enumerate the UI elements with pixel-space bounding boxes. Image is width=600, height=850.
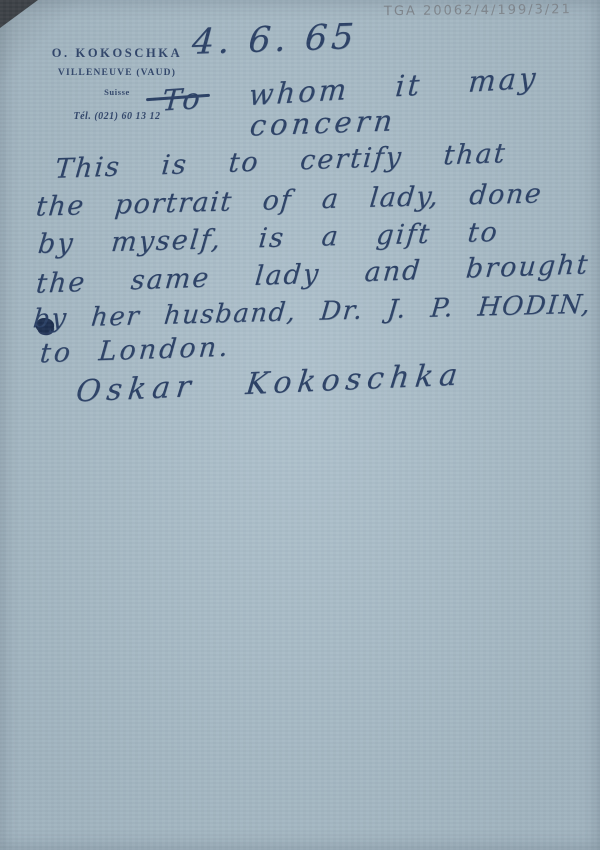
letterhead-place: VILLENEUVE (VAUD) <box>50 68 184 78</box>
letterhead-name: O. KOKOSCHKA <box>50 46 184 61</box>
body-line-3: by myself, is a gift to <box>37 217 501 260</box>
body-line-1: This is to certify that <box>54 138 508 185</box>
body-line-2: the portrait of a lady, done <box>35 178 544 222</box>
letter-paper: TGA 20062/4/199/3/21 O. KOKOSCHKA VILLEN… <box>0 0 600 850</box>
salutation-line-2: concern <box>248 103 398 142</box>
body-line-6: to London. <box>39 332 232 370</box>
handwritten-date: 4. 6. 65 <box>191 17 359 63</box>
archive-reference-note: TGA 20062/4/199/3/21 <box>384 2 599 19</box>
scan-corner-shadow <box>0 0 40 32</box>
